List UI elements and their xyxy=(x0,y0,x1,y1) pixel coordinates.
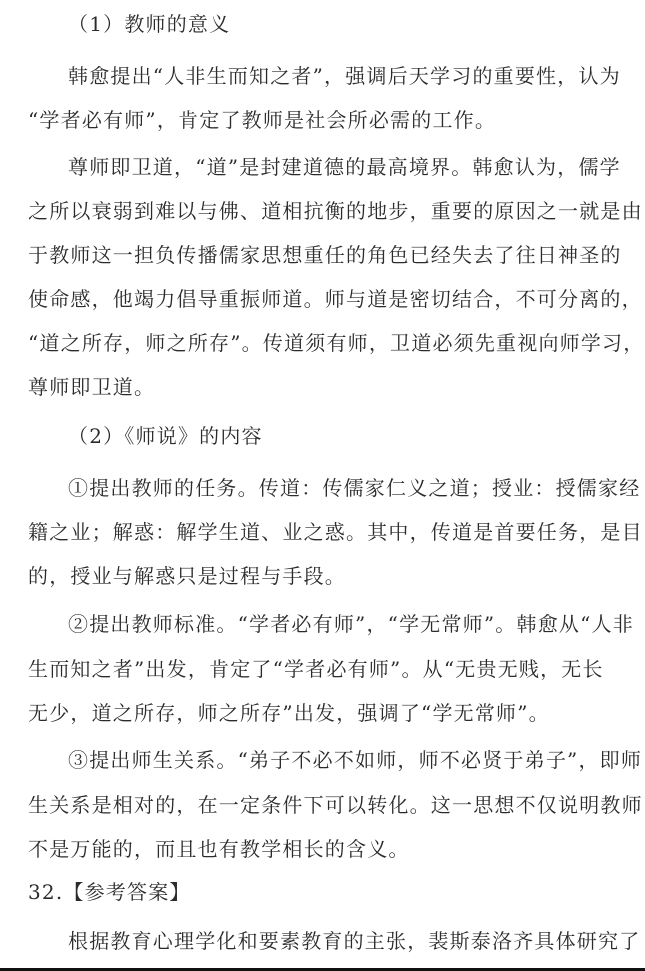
paragraph-line: 生而知之者”出发，肯定了“学者必有师”。从“无贵无贱，无长 xyxy=(28,657,604,681)
paragraph-line: 的，授业与解惑只是过程与手段。 xyxy=(28,564,346,588)
paragraph-line: 生关系是相对的，在一定条件下可以转化。这一思想不仅说明教师 xyxy=(28,793,643,817)
paragraph-line: 不是万能的，而且也有教学相长的含义。 xyxy=(28,837,410,861)
section-heading-meaning: （1）教师的意义 xyxy=(68,12,230,36)
list-item-task: ①提出教师的任务。传道：传儒家仁义之道；授业：授儒家经 xyxy=(68,476,640,500)
list-item-standard: ②提出教师标准。“学者必有师”，“学无常师”。韩愈从“人非 xyxy=(68,612,634,636)
paragraph-line: “道之所存，师之所存”。传道须有师，卫道必须先重视向师学习， xyxy=(28,331,644,355)
paragraph-line: 籍之业；解惑：解学生道、业之惑。其中，传道是首要任务，是目 xyxy=(28,520,643,544)
paragraph-line: “学者必有师”，肯定了教师是社会所必需的工作。 xyxy=(28,108,496,132)
paragraph-line: 尊师即卫道，“道”是封建道德的最高境界。韩愈认为，儒学 xyxy=(68,155,621,179)
section-heading-content: （2）《师说》的内容 xyxy=(68,424,263,448)
paragraph-line: 韩愈提出“人非生而知之者”，强调后天学习的重要性，认为 xyxy=(68,64,621,88)
paragraph-line: 根据教育心理学化和要素教育的主张，裴斯泰洛齐具体研究了 xyxy=(68,929,640,953)
paragraph-line: 之所以衰弱到难以与佛、道相抗衡的地步，重要的原因之一就是由 xyxy=(28,199,643,223)
answer-heading: 32.【参考答案】 xyxy=(28,880,191,904)
paragraph-line: 无少，道之所存，师之所存”出发，强调了“学无常师”。 xyxy=(28,701,550,725)
paragraph-line: 于教师这一担负传播儒家思想重任的角色已经失去了往日神圣的 xyxy=(28,243,622,267)
paragraph-line: 尊师即卫道。 xyxy=(28,375,155,399)
paragraph-line: 使命感，他竭力倡导重振师道。师与道是密切结合，不可分离的， xyxy=(28,287,643,311)
list-item-relationship: ③提出师生关系。“弟子不必不如师，师不必贤于弟子”，即师 xyxy=(68,748,642,772)
